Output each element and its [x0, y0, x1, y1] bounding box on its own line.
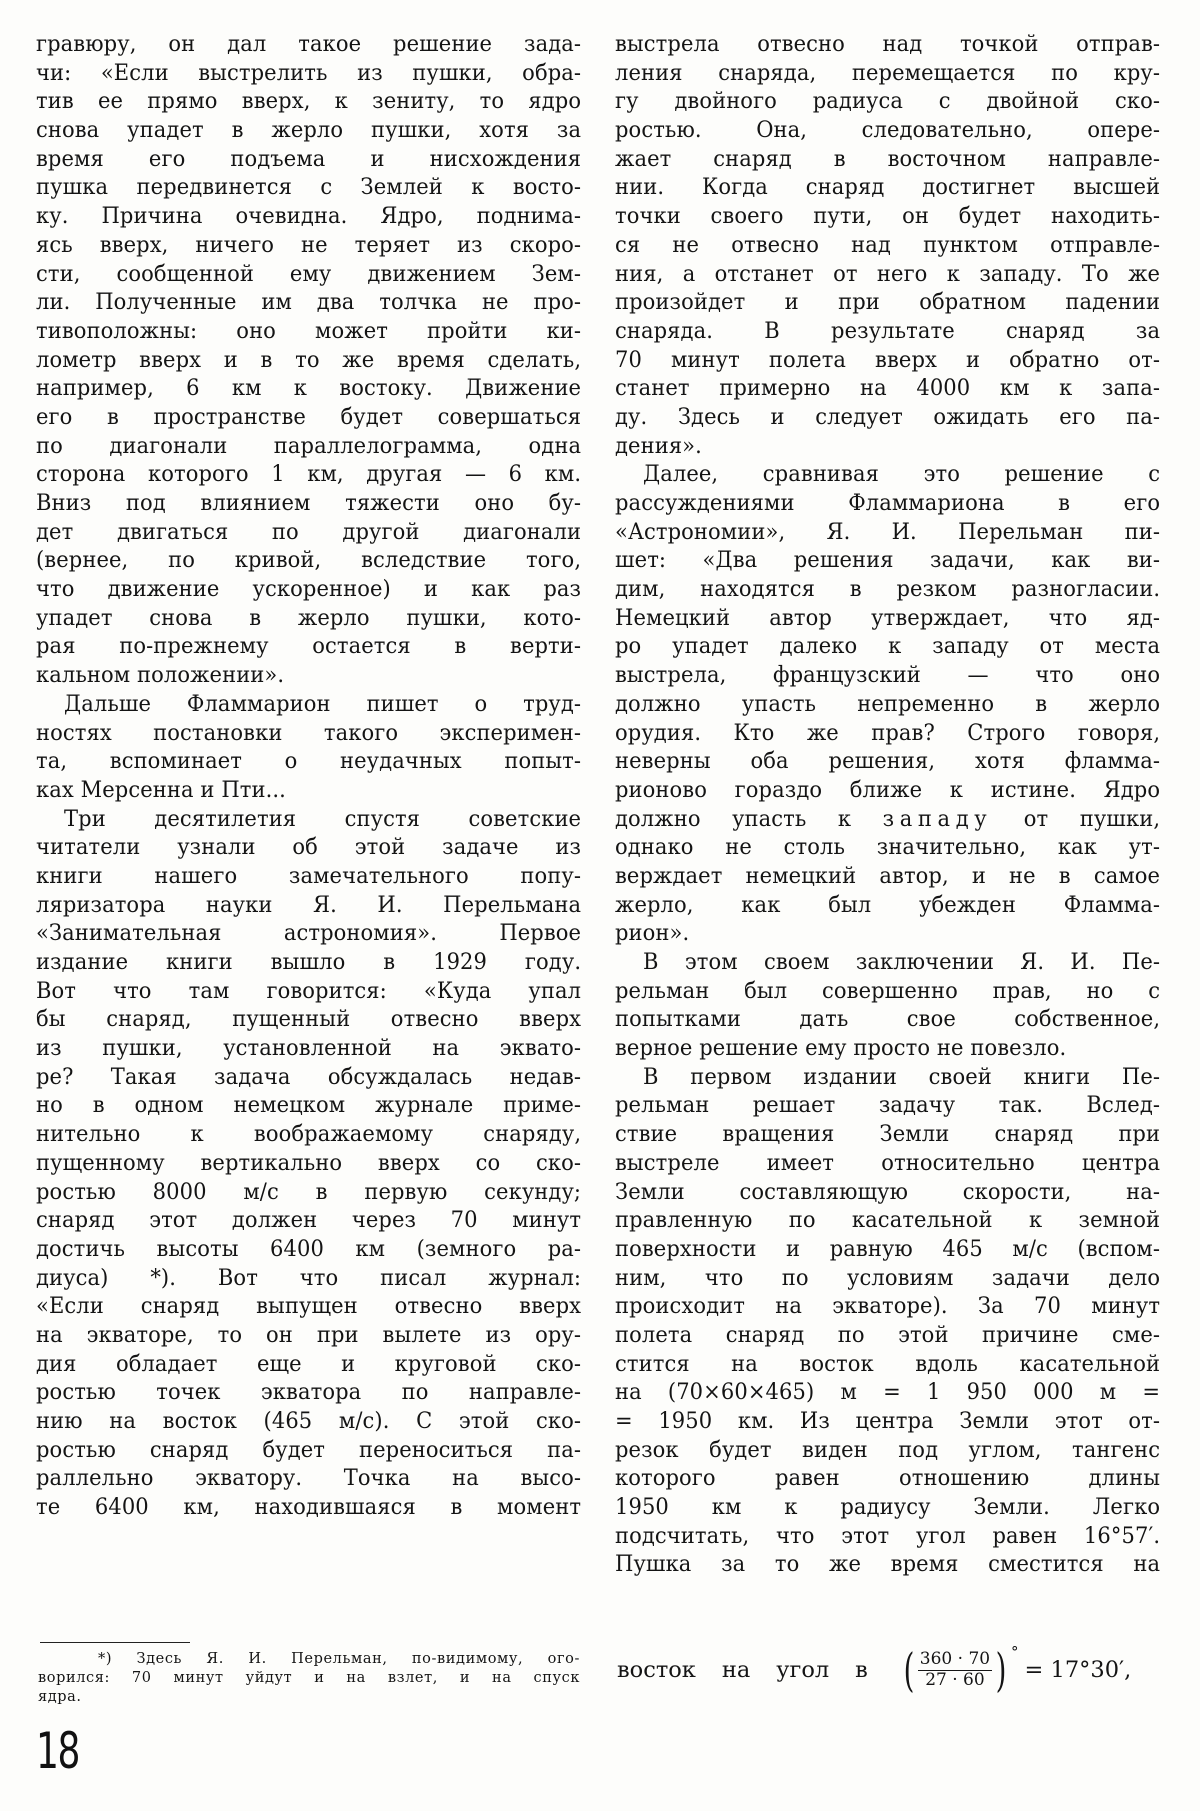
text-line: резок будет виден под углом, тангенс [615, 1436, 1160, 1465]
text-line: Вот что там говорится: «Куда упал [36, 977, 581, 1006]
text-line: ляризатора науки Я. И. Перельмана [36, 891, 581, 920]
text-line: нии. Когда снаряд достигнет высшей [615, 173, 1160, 202]
text-line: что движение ускоренное) и как раз [36, 575, 581, 604]
formula-line: восток на угол в ( 360 · 70 27 · 60 ) ° … [617, 1640, 1162, 1700]
text-line: ли. Полученные им два толчка не про- [36, 288, 581, 317]
text-line: упадет снова в жерло пушки, кото- [36, 604, 581, 633]
text-line: ростью. Она, следовательно, опере- [615, 116, 1160, 145]
text-line: происходит на экваторе). За 70 минут [615, 1292, 1160, 1321]
text-line: точки своего пути, он будет находить- [615, 202, 1160, 231]
text-line: полета снаряд по этой причине сме- [615, 1321, 1160, 1350]
text-line: = 1950 км. Из центра Земли этот от- [615, 1407, 1160, 1436]
text-line: рельман решает задачу так. Вслед- [615, 1091, 1160, 1120]
text-line: ростью снаряд будет переноситься па- [36, 1436, 581, 1465]
text-line: «Если снаряд выпущен отвесно вверх [36, 1292, 581, 1321]
text-line: должно упасть к западу от пушки, [615, 805, 1160, 834]
text-line: достичь высоты 6400 км (земного ра- [36, 1235, 581, 1264]
degree-superscript: ° [1011, 1643, 1019, 1661]
text-line: выстрела отвесно над точкой отправ- [615, 30, 1160, 59]
text-line: однако не столь значительно, как ут- [615, 833, 1160, 862]
left-text-column: гравюру, он дал такое решение зада-чи: «… [36, 30, 581, 1522]
text-line: ния, а отстанет от него к западу. То же [615, 260, 1160, 289]
text-line: выстреле имеет относительно центра [615, 1149, 1160, 1178]
footnote-divider [40, 1642, 190, 1643]
text-line: дет двигаться по другой диагонали [36, 518, 581, 547]
text-line: станет примерно на 4000 км к запа- [615, 374, 1160, 403]
text-line: на экваторе, то он при вылете из ору- [36, 1321, 581, 1350]
text-line: пущенному вертикально вверх со ско- [36, 1149, 581, 1178]
text-line: ку. Причина очевидна. Ядро, поднима- [36, 202, 581, 231]
formula-word: угол [776, 1657, 829, 1683]
left-paren: ( [903, 1647, 914, 1693]
text-line: дим, находятся в резком разногласии. [615, 575, 1160, 604]
text-line: 70 минут полета вверх и обратно от- [615, 346, 1160, 375]
text-line: ре? Такая задача обсуждалась недав- [36, 1063, 581, 1092]
text-line: гравюру, он дал такое решение зада- [36, 30, 581, 59]
fraction-numerator: 360 · 70 [918, 1650, 992, 1671]
text-line: чи: «Если выстрелить из пушки, обра- [36, 59, 581, 88]
text-line: бы снаряд, пущенный отвесно вверх [36, 1005, 581, 1034]
text-line: верное решение ему просто не повезло. [615, 1034, 1160, 1063]
text-line: пушка передвинется с Землей к восто- [36, 173, 581, 202]
footnote-line: ворился: 70 минут уйдут и на взлет, и на… [38, 1669, 580, 1688]
text-line: которого равен отношению длины [615, 1464, 1160, 1493]
text-line: сти, сообщенной ему движением Зем- [36, 260, 581, 289]
text-line: издание книги вышло в 1929 году. [36, 948, 581, 977]
text-line: лометр вверх и в то же время сделать, [36, 346, 581, 375]
paragraph-first-line: Дальше Фламмарион пишет о труд- [36, 690, 581, 719]
footnote: *) Здесь Я. И. Перельман, по-видимому, о… [38, 1650, 580, 1707]
formula-word: на [722, 1657, 750, 1683]
fraction: 360 · 70 27 · 60 [918, 1650, 992, 1690]
fraction-denominator: 27 · 60 [923, 1671, 986, 1691]
text-line: ростью точек экватора по направле- [36, 1378, 581, 1407]
text-line: ся не отвесно над пунктом отправле- [615, 231, 1160, 260]
text-line: рионово гораздо ближе к истине. Ядро [615, 776, 1160, 805]
text-line: Вниз под влиянием тяжести оно бу- [36, 489, 581, 518]
text-line: гу двойного радиуса с двойной ско- [615, 87, 1160, 116]
text-line: тив ее прямо вверх, к зениту, то ядро [36, 87, 581, 116]
text-line: та, вспоминает о неудачных попыт- [36, 747, 581, 776]
text-line: нию на восток (465 м/с). С этой ско- [36, 1407, 581, 1436]
text-line: произойдет и при обратном падении [615, 288, 1160, 317]
text-line: раллельно экватору. Точка на высо- [36, 1464, 581, 1493]
text-line: попытками дать свое собственное, [615, 1005, 1160, 1034]
text-line: подсчитать, что этот угол равен 16°57′. [615, 1522, 1160, 1551]
text-line: из пушки, установленной на эквато- [36, 1034, 581, 1063]
text-line: шет: «Два решения задачи, как ви- [615, 546, 1160, 575]
right-text-column: выстрела отвесно над точкой отправ-ления… [615, 30, 1160, 1579]
text-line: например, 6 км к востоку. Движение [36, 374, 581, 403]
text-line: ро упадет далеко к западу от места [615, 632, 1160, 661]
paragraph-first-line: В первом издании своей книги Пе- [615, 1063, 1160, 1092]
text-line: снаряда. В результате снаряд за [615, 317, 1160, 346]
text-line: ростью 8000 м/с в первую секунду; [36, 1178, 581, 1207]
text-line: ду. Здесь и следует ожидать его па- [615, 403, 1160, 432]
fraction-expression: ( 360 · 70 27 · 60 ) ° [900, 1647, 1019, 1693]
text-line: рион». [615, 919, 1160, 948]
footnote-line: ядра. [38, 1688, 580, 1707]
paragraph-first-line: В этом своем заключении Я. И. Пе- [615, 948, 1160, 977]
emphasized-word: западу [883, 806, 993, 832]
text-line: сторона которого 1 км, другая — 6 км. [36, 460, 581, 489]
text-line: время его подъема и нисхождения [36, 145, 581, 174]
text-line: 1950 км к радиусу Земли. Легко [615, 1493, 1160, 1522]
text-line: рассуждениями Фламмариона в его [615, 489, 1160, 518]
text-line: «Занимательная астрономия». Первое [36, 919, 581, 948]
text-line: Пушка за то же время сместится на [615, 1550, 1160, 1579]
text-line: поверхности и равную 465 м/с (вспом- [615, 1235, 1160, 1264]
text-line: ясь вверх, ничего не теряет из скоро- [36, 231, 581, 260]
text-line: орудия. Кто же прав? Строго говоря, [615, 719, 1160, 748]
text-line: нительно к воображаемому снаряду, [36, 1120, 581, 1149]
text-line: ках Мерсенна и Пти... [36, 776, 581, 805]
text-line: жает снаряд в восточном направле- [615, 145, 1160, 174]
text-line: Земли составляющую скорости, на- [615, 1178, 1160, 1207]
text-line: ним, что по условиям задачи дело [615, 1264, 1160, 1293]
formula-result: = 17°30′, [1025, 1657, 1132, 1683]
page-number: 18 [36, 1722, 79, 1780]
text-line: на (70×60×465) м = 1 950 000 м = [615, 1378, 1160, 1407]
text-line: ствие вращения Земли снаряд при [615, 1120, 1160, 1149]
text-line: тивоположны: оно может пройти ки- [36, 317, 581, 346]
text-line: ления снаряда, перемещается по кру- [615, 59, 1160, 88]
text-line: рельман был совершенно прав, но с [615, 977, 1160, 1006]
text-line: верждает немецкий автор, и не в самое [615, 862, 1160, 891]
text-line: снаряд этот должен через 70 минут [36, 1206, 581, 1235]
text-line: (вернее, по кривой, вследствие того, [36, 546, 581, 575]
text-line: но в одном немецком журнале приме- [36, 1091, 581, 1120]
text-line: «Астрономии», Я. И. Перельман пи- [615, 518, 1160, 547]
text-line: диуса) *). Вот что писал журнал: [36, 1264, 581, 1293]
text-line: стится на восток вдоль касательной [615, 1350, 1160, 1379]
paragraph-first-line: Три десятилетия спустя советские [36, 805, 581, 834]
text-line: по диагонали параллелограмма, одна [36, 432, 581, 461]
text-line: дия обладает еще и круговой ско- [36, 1350, 581, 1379]
paragraph-first-line: Далее, сравнивая это решение с [615, 460, 1160, 489]
text-line: его в пространстве будет совершаться [36, 403, 581, 432]
formula-word: восток [617, 1657, 696, 1683]
text-line: ностях постановки такого эксперимен- [36, 719, 581, 748]
right-paren: ) [996, 1647, 1007, 1693]
footnote-line: *) Здесь Я. И. Перельман, по-видимому, о… [38, 1650, 580, 1669]
text-line: должно упасть непременно в жерло [615, 690, 1160, 719]
text-line: читатели узнали об этой задаче из [36, 833, 581, 862]
text-line: Немецкий автор утверждает, что яд- [615, 604, 1160, 633]
text-line: снова упадет в жерло пушки, хотя за [36, 116, 581, 145]
text-line: дения». [615, 432, 1160, 461]
text-line: неверны оба решения, хотя фламма- [615, 747, 1160, 776]
text-line: те 6400 км, находившаяся в момент [36, 1493, 581, 1522]
text-line: рая по-прежнему остается в верти- [36, 632, 581, 661]
text-line: жерло, как был убежден Фламма- [615, 891, 1160, 920]
text-line: выстрела, французский — что оно [615, 661, 1160, 690]
text-line: правленную по касательной к земной [615, 1206, 1160, 1235]
book-page: гравюру, он дал такое решение зада-чи: «… [0, 0, 1200, 1811]
formula-word: в [855, 1657, 868, 1683]
text-line: книги нашего замечательного попу- [36, 862, 581, 891]
text-line: кальном положении». [36, 661, 581, 690]
